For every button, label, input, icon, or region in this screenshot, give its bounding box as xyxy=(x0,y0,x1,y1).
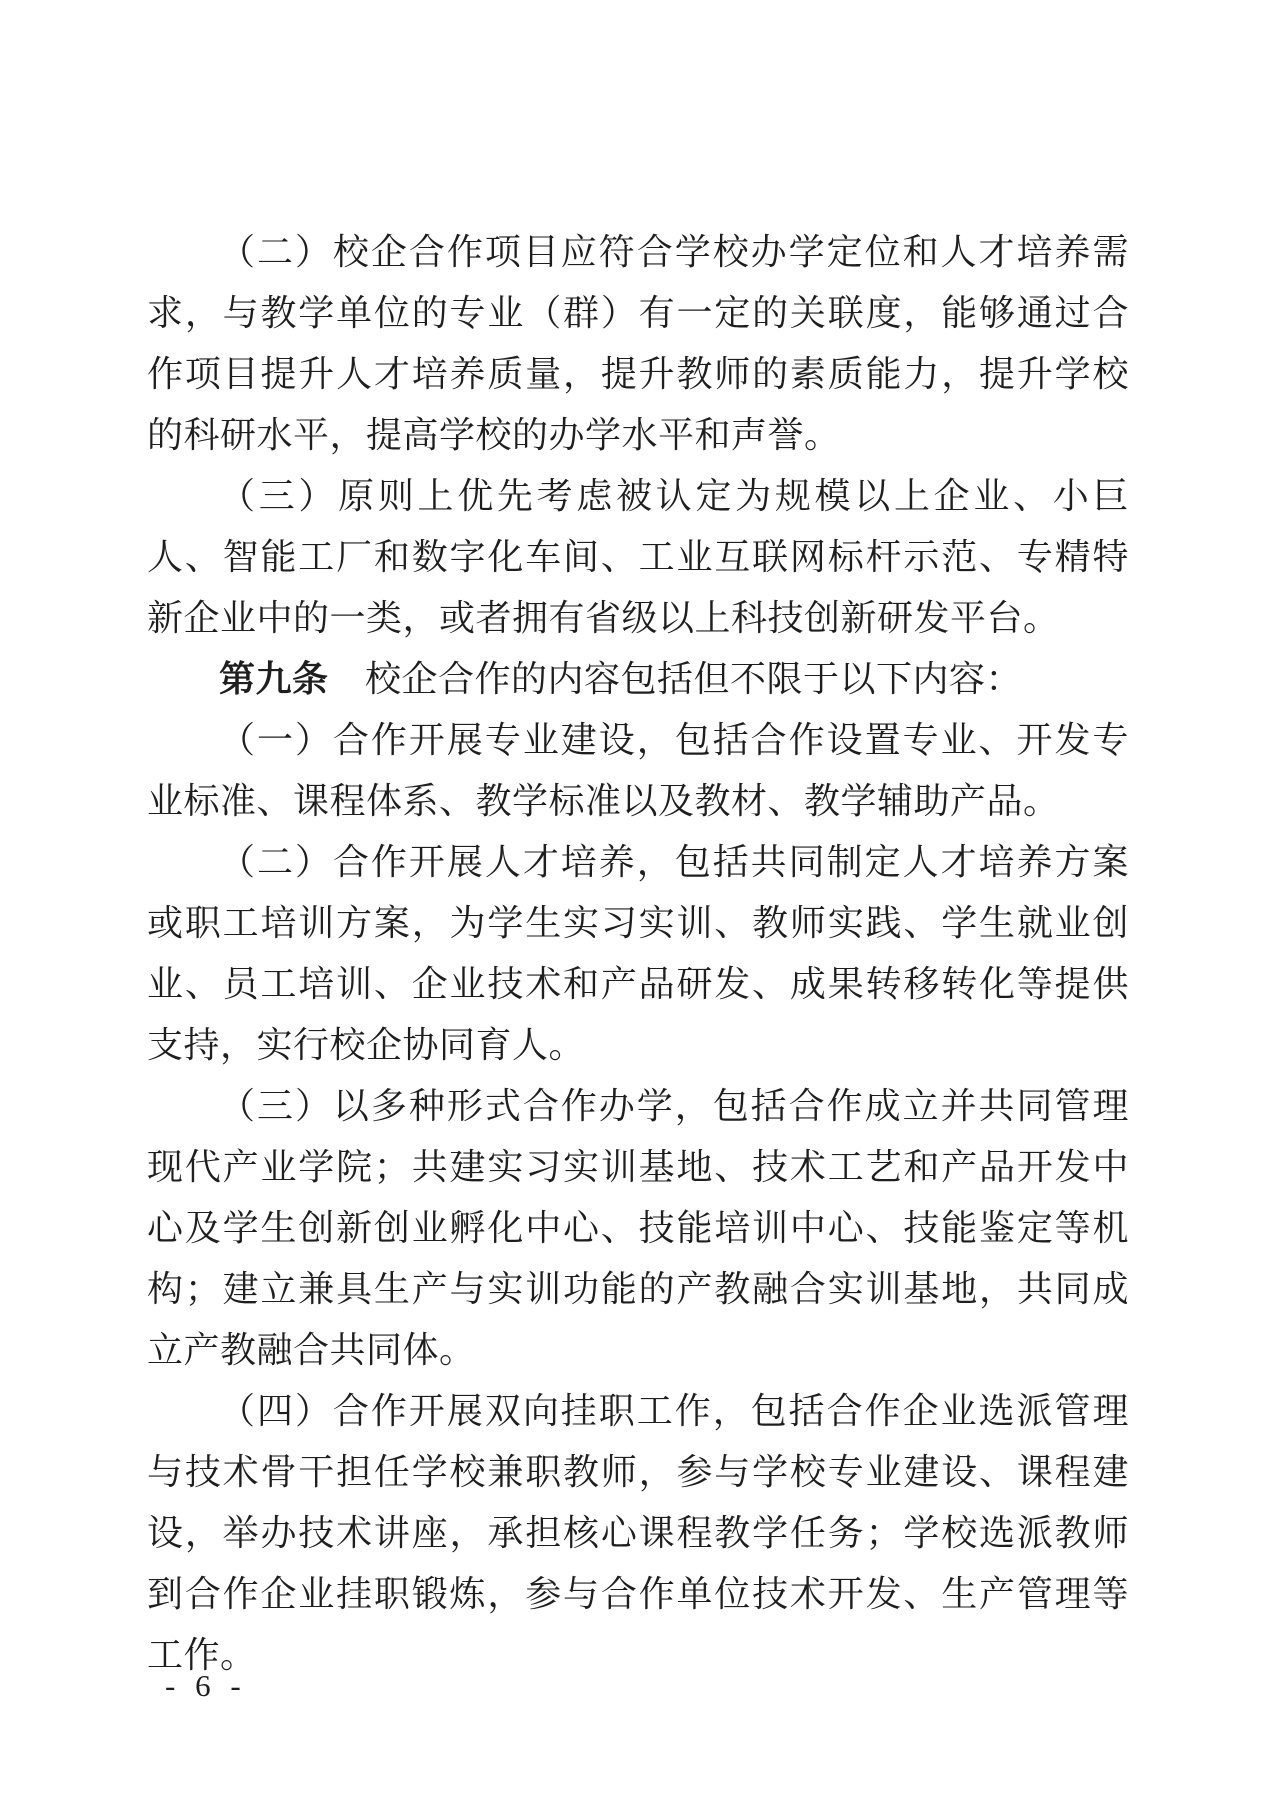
paragraph-body: （一）合作开展专业建设，包括合作设置专业、开发专业标准、课程体系、教学标准以及教… xyxy=(147,720,1129,821)
document-body: （二）校企合作项目应符合学校办学定位和人才培养需求，与教学单位的专业（群）有一定… xyxy=(147,222,1129,1686)
paragraph-body: （三）以多种形式合作办学，包括合作成立并共同管理现代产业学院；共建实习实训基地、… xyxy=(147,1086,1129,1370)
paragraph: 第九条 校企合作的内容包括但不限于以下内容： xyxy=(147,649,1129,710)
paragraph-body: （四）合作开展双向挂职工作，包括合作企业选派管理与技术骨干担任学校兼职教师，参与… xyxy=(147,1391,1129,1675)
paragraph: （一）合作开展专业建设，包括合作设置专业、开发专业标准、课程体系、教学标准以及教… xyxy=(147,710,1129,832)
paragraph-body: 校企合作的内容包括但不限于以下内容： xyxy=(329,659,1023,699)
paragraph-head: 第九条 xyxy=(219,659,329,699)
paragraph: （二）校企合作项目应符合学校办学定位和人才培养需求，与教学单位的专业（群）有一定… xyxy=(147,222,1129,466)
document-page: （二）校企合作项目应符合学校办学定位和人才培养需求，与教学单位的专业（群）有一定… xyxy=(0,0,1272,1800)
paragraph: （三）原则上优先考虑被认定为规模以上企业、小巨人、智能工厂和数字化车间、工业互联… xyxy=(147,466,1129,649)
paragraph: （二）合作开展人才培养，包括共同制定人才培养方案或职工培训方案，为学生实习实训、… xyxy=(147,832,1129,1076)
paragraph-body: （二）合作开展人才培养，包括共同制定人才培养方案或职工培训方案，为学生实习实训、… xyxy=(147,842,1129,1065)
paragraph: （四）合作开展双向挂职工作，包括合作企业选派管理与技术骨干担任学校兼职教师，参与… xyxy=(147,1381,1129,1686)
page-number: - 6 - xyxy=(165,1668,247,1704)
paragraph: （三）以多种形式合作办学，包括合作成立并共同管理现代产业学院；共建实习实训基地、… xyxy=(147,1076,1129,1381)
paragraph-body: （三）原则上优先考虑被认定为规模以上企业、小巨人、智能工厂和数字化车间、工业互联… xyxy=(147,476,1129,638)
paragraph-body: （二）校企合作项目应符合学校办学定位和人才培养需求，与教学单位的专业（群）有一定… xyxy=(147,232,1129,455)
